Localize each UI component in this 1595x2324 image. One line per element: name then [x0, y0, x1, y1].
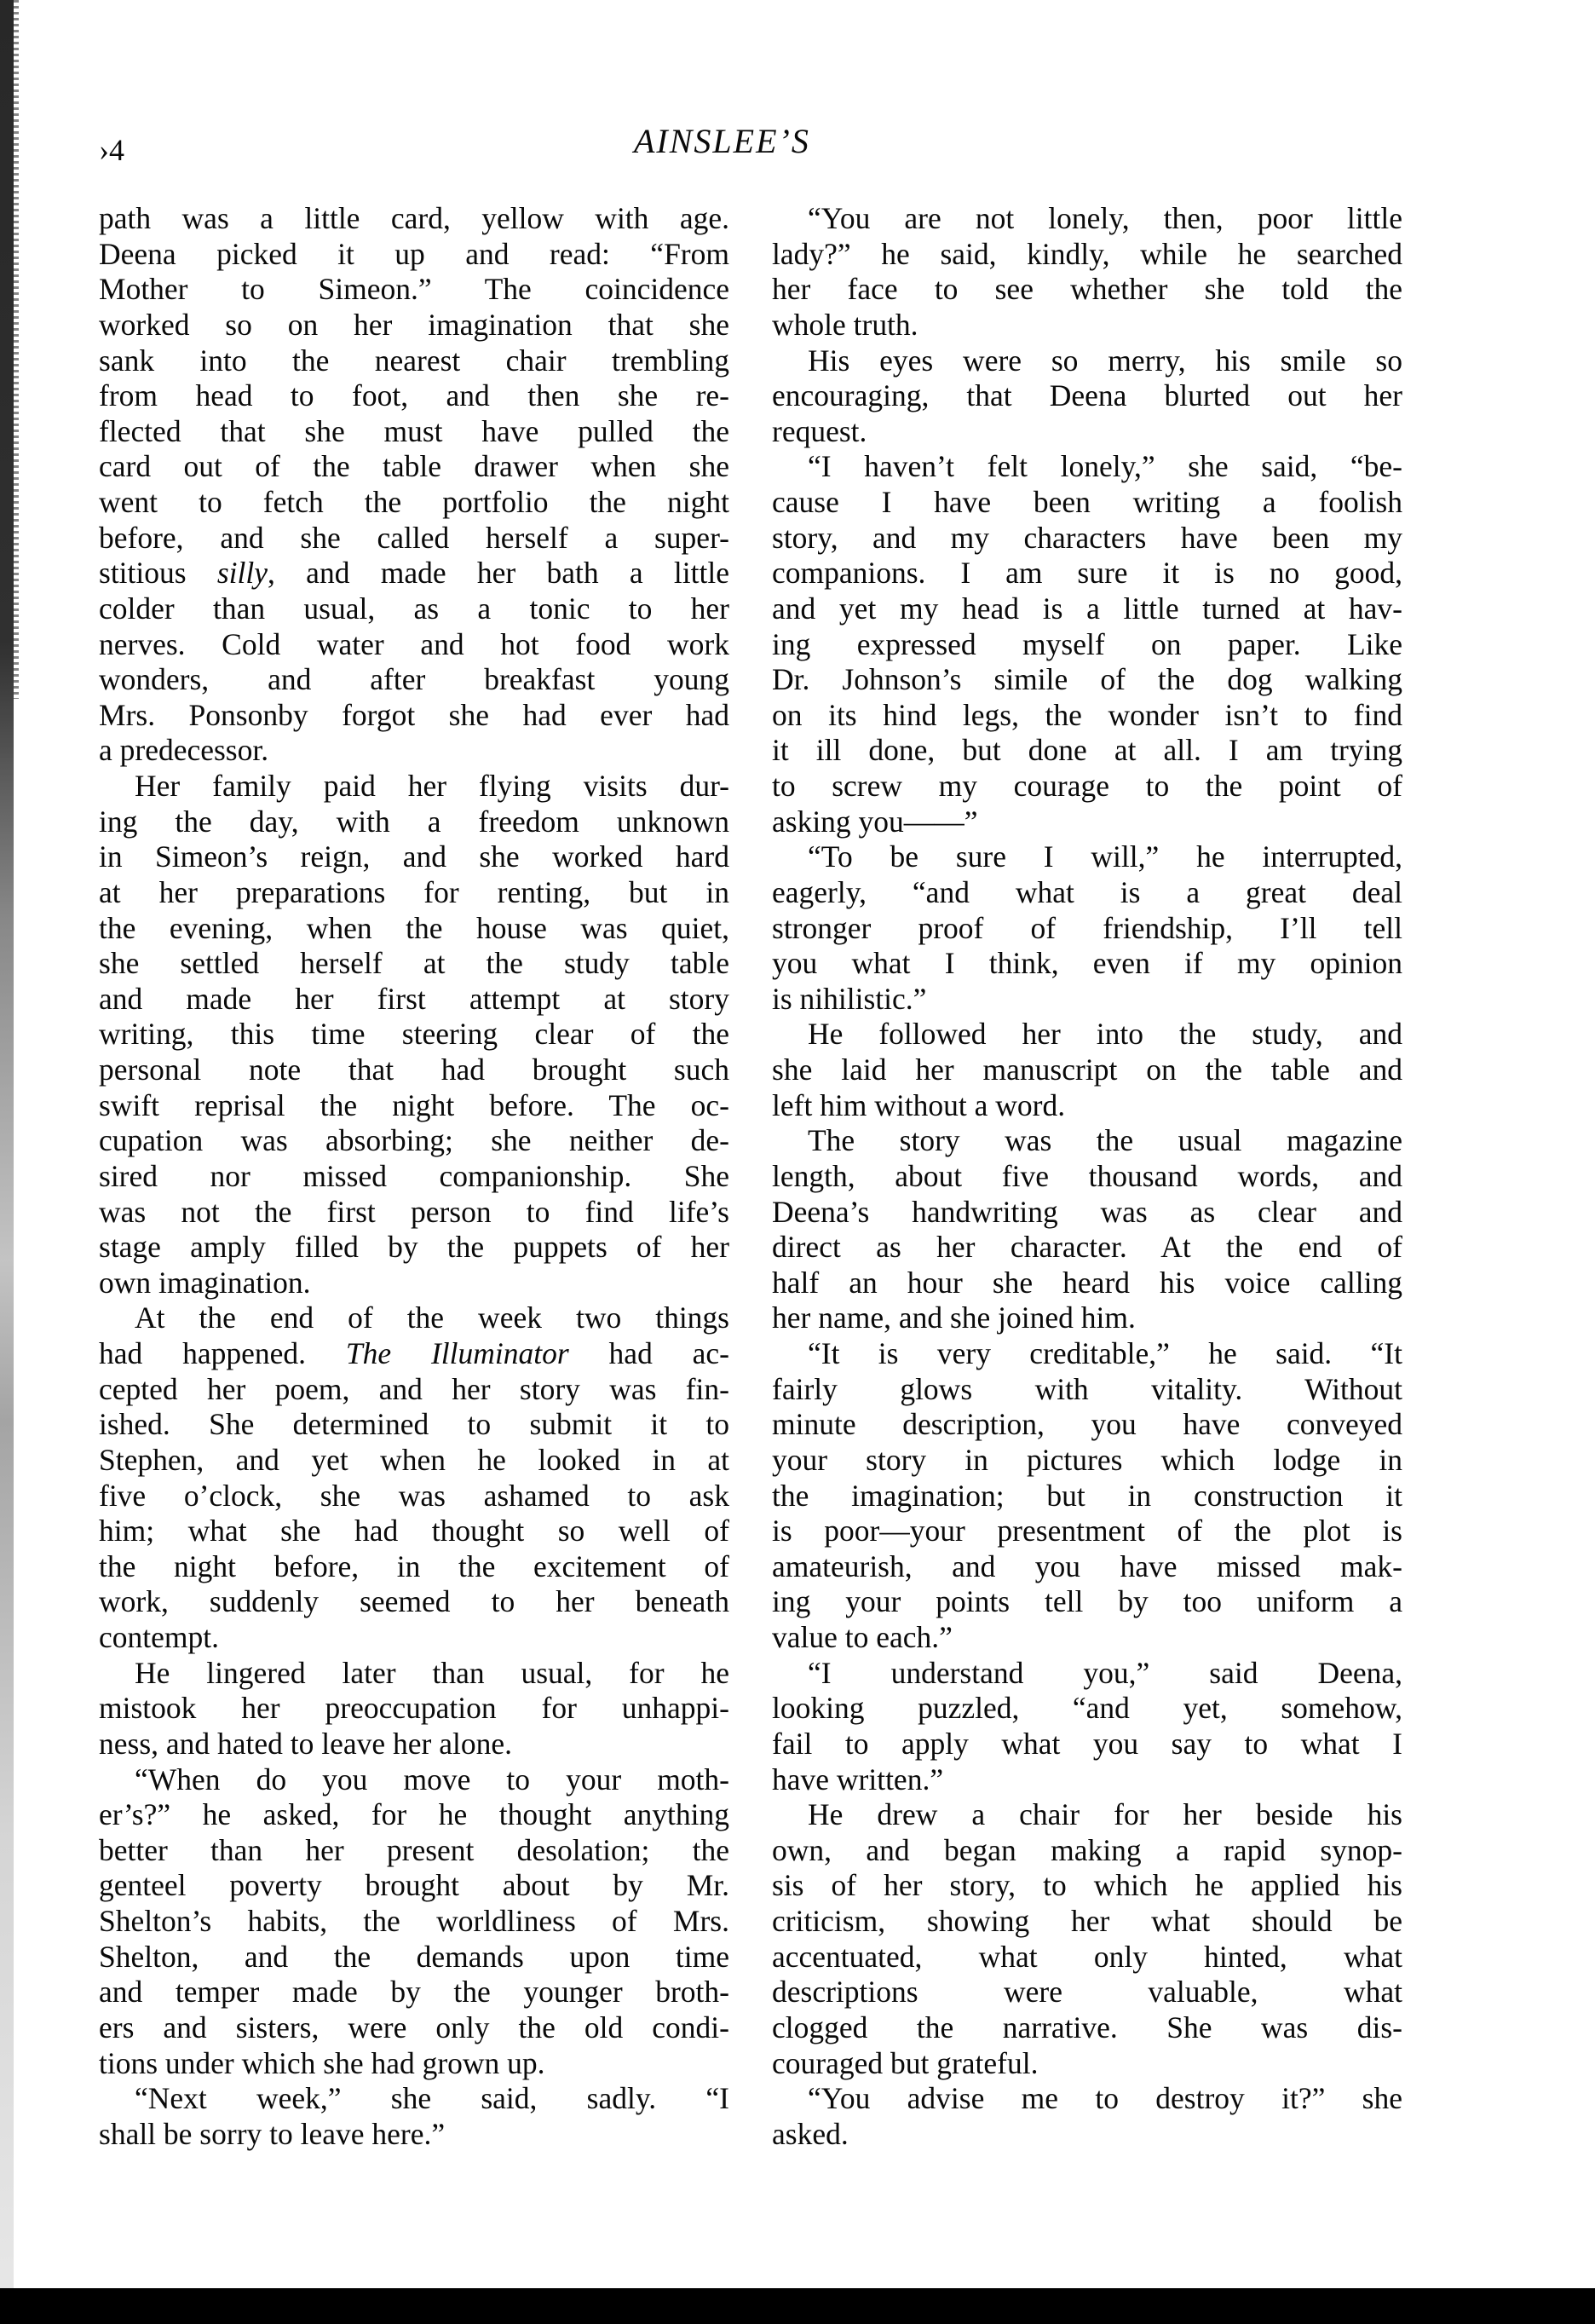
text-line: the evening, when the house was quiet, [99, 911, 729, 947]
text-line: “It is very creditable,” he said. “It [772, 1336, 1402, 1372]
italic-emphasis: The Illuminator [346, 1336, 569, 1370]
text-column-right: “You are not lonely, then, poor littlela… [772, 201, 1402, 2152]
text-line: clogged the narrative. She was dis- [772, 2010, 1402, 2046]
text-line: direct as her character. At the end of [772, 1230, 1402, 1266]
text-line: worked so on her imagination that she [99, 308, 729, 343]
text-line: half an hour she heard his voice calling [772, 1266, 1402, 1301]
text-line: stage amply filled by the puppets of her [99, 1230, 729, 1266]
text-line: in Simeon’s reign, and she worked hard [99, 839, 729, 875]
text-line: was not the first person to find life’s [99, 1195, 729, 1231]
text-line: she laid her manuscript on the table and [772, 1052, 1402, 1088]
text-line: He drew a chair for her beside his [772, 1797, 1402, 1833]
text-line: left him without a word. [772, 1088, 1402, 1124]
text-line: it ill done, but done at all. I am tryin… [772, 733, 1402, 769]
scan-border-bottom [0, 2288, 1595, 2324]
text-line: minute description, you have conveyed [772, 1407, 1402, 1443]
text-line: ers and sisters, were only the old condi… [99, 2010, 729, 2046]
text-line: went to fetch the portfolio the night [99, 485, 729, 521]
text-line: she settled herself at the study table [99, 946, 729, 982]
text-line: contempt. [99, 1620, 729, 1656]
text-line: cause I have been writing a foolish [772, 485, 1402, 521]
text-line: He lingered later than usual, for he [99, 1656, 729, 1692]
text-line: eagerly, “and what is a great deal [772, 875, 1402, 911]
text-line: work, suddenly seemed to her beneath [99, 1584, 729, 1620]
text-line: writing, this time steering clear of the [99, 1017, 729, 1052]
text-line: Stephen, and yet when he looked in at [99, 1443, 729, 1479]
text-line: Mrs. Ponsonby forgot she had ever had [99, 698, 729, 734]
text-line: Deena picked it up and read: “From [99, 237, 729, 273]
text-line: fail to apply what you say to what I [772, 1727, 1402, 1762]
text-line: path was a little card, yellow with age. [99, 201, 729, 237]
text-line: asking you——” [772, 804, 1402, 840]
text-line: ness, and hated to leave her alone. [99, 1727, 729, 1762]
text-line: asked. [772, 2117, 1402, 2153]
page-number: ›4 [99, 135, 124, 165]
text-line: shall be sorry to leave here.” [99, 2117, 729, 2153]
text-line: value to each.” [772, 1620, 1402, 1656]
text-line: er’s?” he asked, for he thought anything [99, 1797, 729, 1833]
text-line: ished. She determined to submit it to [99, 1407, 729, 1443]
text-line: descriptions were valuable, what [772, 1975, 1402, 2010]
text-line: The story was the usual magazine [772, 1123, 1402, 1159]
text-line: whole truth. [772, 308, 1402, 343]
text-line: own, and began making a rapid synop- [772, 1833, 1402, 1869]
text-line: swift reprisal the night before. The oc- [99, 1088, 729, 1124]
text-line: cupation was absorbing; she neither de- [99, 1123, 729, 1159]
text-line: card out of the table drawer when she [99, 449, 729, 485]
text-line: Deena’s handwriting was as clear and [772, 1195, 1402, 1231]
text-line: “To be sure I will,” he interrupted, [772, 839, 1402, 875]
text-line: you what I think, even if my opinion [772, 946, 1402, 982]
text-line: is poor—your presentment of the plot is [772, 1514, 1402, 1549]
text-line: Dr. Johnson’s simile of the dog walking [772, 662, 1402, 698]
text-line: stitious silly, and made her bath a litt… [99, 556, 729, 591]
italic-emphasis: silly [217, 556, 268, 590]
text-line: “You are not lonely, then, poor little [772, 201, 1402, 237]
text-line: companions. I am sure it is no good, [772, 556, 1402, 591]
text-line: the night before, in the excitement of [99, 1549, 729, 1585]
text-line: length, about five thousand words, and [772, 1159, 1402, 1195]
text-line: the imagination; but in construction it [772, 1479, 1402, 1514]
text-line: personal note that had brought such [99, 1052, 729, 1088]
text-line: to screw my courage to the point of [772, 769, 1402, 804]
text-line: cepted her poem, and her story was fin- [99, 1372, 729, 1408]
text-line: five o’clock, she was ashamed to ask [99, 1479, 729, 1514]
text-line: sank into the nearest chair trembling [99, 343, 729, 379]
text-line: “Next week,” she said, sadly. “I [99, 2081, 729, 2117]
text-column-left: path was a little card, yellow with age.… [99, 201, 729, 2152]
text-line: before, and she called herself a super- [99, 521, 729, 556]
text-line: flected that she must have pulled the [99, 414, 729, 450]
text-line: His eyes were so merry, his smile so [772, 343, 1402, 379]
text-line: ing expressed myself on paper. Like [772, 627, 1402, 663]
text-line: accentuated, what only hinted, what [772, 1940, 1402, 1975]
text-line: fairly glows with vitality. Without [772, 1372, 1402, 1408]
text-line: and temper made by the younger broth- [99, 1975, 729, 2010]
text-line: him; what she had thought so well of [99, 1514, 729, 1549]
text-line: Shelton’s habits, the worldliness of Mrs… [99, 1904, 729, 1940]
text-line: ing the day, with a freedom unknown [99, 804, 729, 840]
text-line: at her preparations for renting, but in [99, 875, 729, 911]
text-line: on its hind legs, the wonder isn’t to fi… [772, 698, 1402, 734]
text-line: genteel poverty brought about by Mr. [99, 1868, 729, 1904]
text-line: her name, and she joined him. [772, 1300, 1402, 1336]
text-line: request. [772, 414, 1402, 450]
text-line: your story in pictures which lodge in [772, 1443, 1402, 1479]
text-line: “When do you move to your moth- [99, 1762, 729, 1798]
text-line: a predecessor. [99, 733, 729, 769]
text-line: Mother to Simeon.” The coincidence [99, 272, 729, 308]
text-line: own imagination. [99, 1266, 729, 1301]
text-line: “I haven’t felt lonely,” she said, “be- [772, 449, 1402, 485]
text-line: lady?” he said, kindly, while he searche… [772, 237, 1402, 273]
text-line: sis of her story, to which he applied hi… [772, 1868, 1402, 1904]
text-line: nerves. Cold water and hot food work [99, 627, 729, 663]
text-line: is nihilistic.” [772, 982, 1402, 1018]
text-line: mistook her preoccupation for unhappi- [99, 1691, 729, 1727]
text-line: amateurish, and you have missed mak- [772, 1549, 1402, 1585]
text-line: looking puzzled, “and yet, somehow, [772, 1691, 1402, 1727]
text-line: from head to foot, and then she re- [99, 378, 729, 414]
text-line: ing your points tell by too uniform a [772, 1584, 1402, 1620]
text-line: story, and my characters have been my [772, 521, 1402, 556]
text-line: and made her first attempt at story [99, 982, 729, 1018]
text-line: better than her present desolation; the [99, 1833, 729, 1869]
text-line: Her family paid her flying visits dur- [99, 769, 729, 804]
text-line: encouraging, that Deena blurted out her [772, 378, 1402, 414]
text-line: “I understand you,” said Deena, [772, 1656, 1402, 1692]
text-line: tions under which she had grown up. [99, 2046, 729, 2082]
text-line: and yet my head is a little turned at ha… [772, 591, 1402, 627]
text-line: criticism, showing her what should be [772, 1904, 1402, 1940]
text-line: sired nor missed companionship. She [99, 1159, 729, 1195]
running-head: ›4 AINSLEE’S [0, 119, 1595, 162]
scan-border-left [0, 0, 14, 2292]
journal-title: AINSLEE’S [634, 124, 810, 159]
text-line: had happened. The Illuminator had ac- [99, 1336, 729, 1372]
text-line: At the end of the week two things [99, 1300, 729, 1336]
text-line: wonders, and after breakfast young [99, 662, 729, 698]
text-line: her face to see whether she told the [772, 272, 1402, 308]
text-line: colder than usual, as a tonic to her [99, 591, 729, 627]
text-line: couraged but grateful. [772, 2046, 1402, 2082]
text-line: Shelton, and the demands upon time [99, 1940, 729, 1975]
text-line: stronger proof of friendship, I’ll tell [772, 911, 1402, 947]
text-line: He followed her into the study, and [772, 1017, 1402, 1052]
text-line: “You advise me to destroy it?” she [772, 2081, 1402, 2117]
text-line: have written.” [772, 1762, 1402, 1798]
